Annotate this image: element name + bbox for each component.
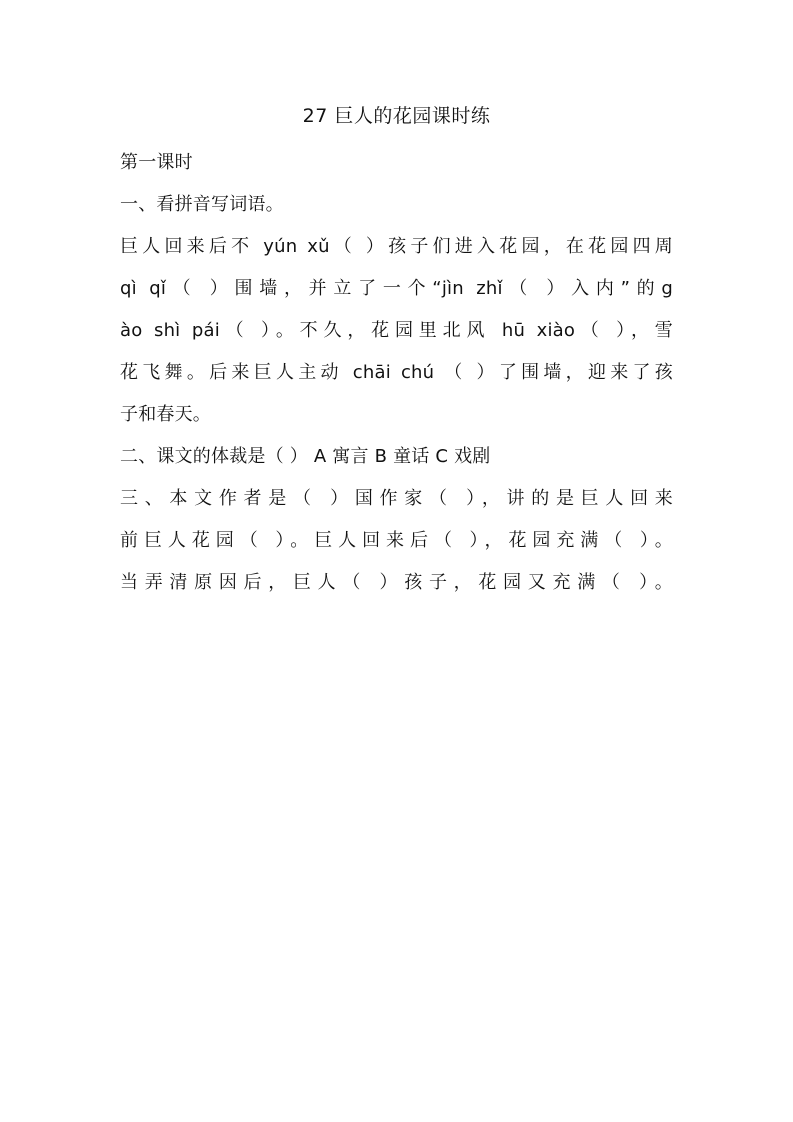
section3-line-1: 三、本文作者是（ ）国作家（ ），讲的是巨人回来 [120, 478, 673, 520]
section1-heading: 一、看拼音写词语。 [120, 184, 673, 226]
lesson-label: 第一课时 [120, 142, 673, 184]
section1-line-2: qì qǐ（ ）围墙，并立了一个“jìn zhǐ（ ）入内”的g [120, 268, 673, 310]
worksheet-title: 27 巨人的花园课时练 [120, 100, 673, 132]
section2-question: 二、课文的体裁是（ ） A 寓言 B 童话 C 戏剧 [120, 436, 673, 478]
section1-line-4: 花飞舞。后来巨人主动 chāi chú （ ）了围墙，迎来了孩 [120, 352, 673, 394]
section3-line-3: 当弄清原因后，巨人（ ）孩子，花园又充满（ ）。 [120, 562, 673, 604]
section1-line-1: 巨人回来后不 yún xǔ（ ）孩子们进入花园，在花园四周 [120, 226, 673, 268]
worksheet-page: 27 巨人的花园课时练 第一课时 一、看拼音写词语。 巨人回来后不 yún xǔ… [120, 100, 673, 604]
section3-line-2: 前巨人花园（ ）。巨人回来后（ ），花园充满（ ）。 [120, 520, 673, 562]
section1-line-3: ào shì pái（ ）。不久，花园里北风 hū xiào（ ），雪 [120, 310, 673, 352]
section1-line-5: 子和春天。 [120, 394, 673, 436]
